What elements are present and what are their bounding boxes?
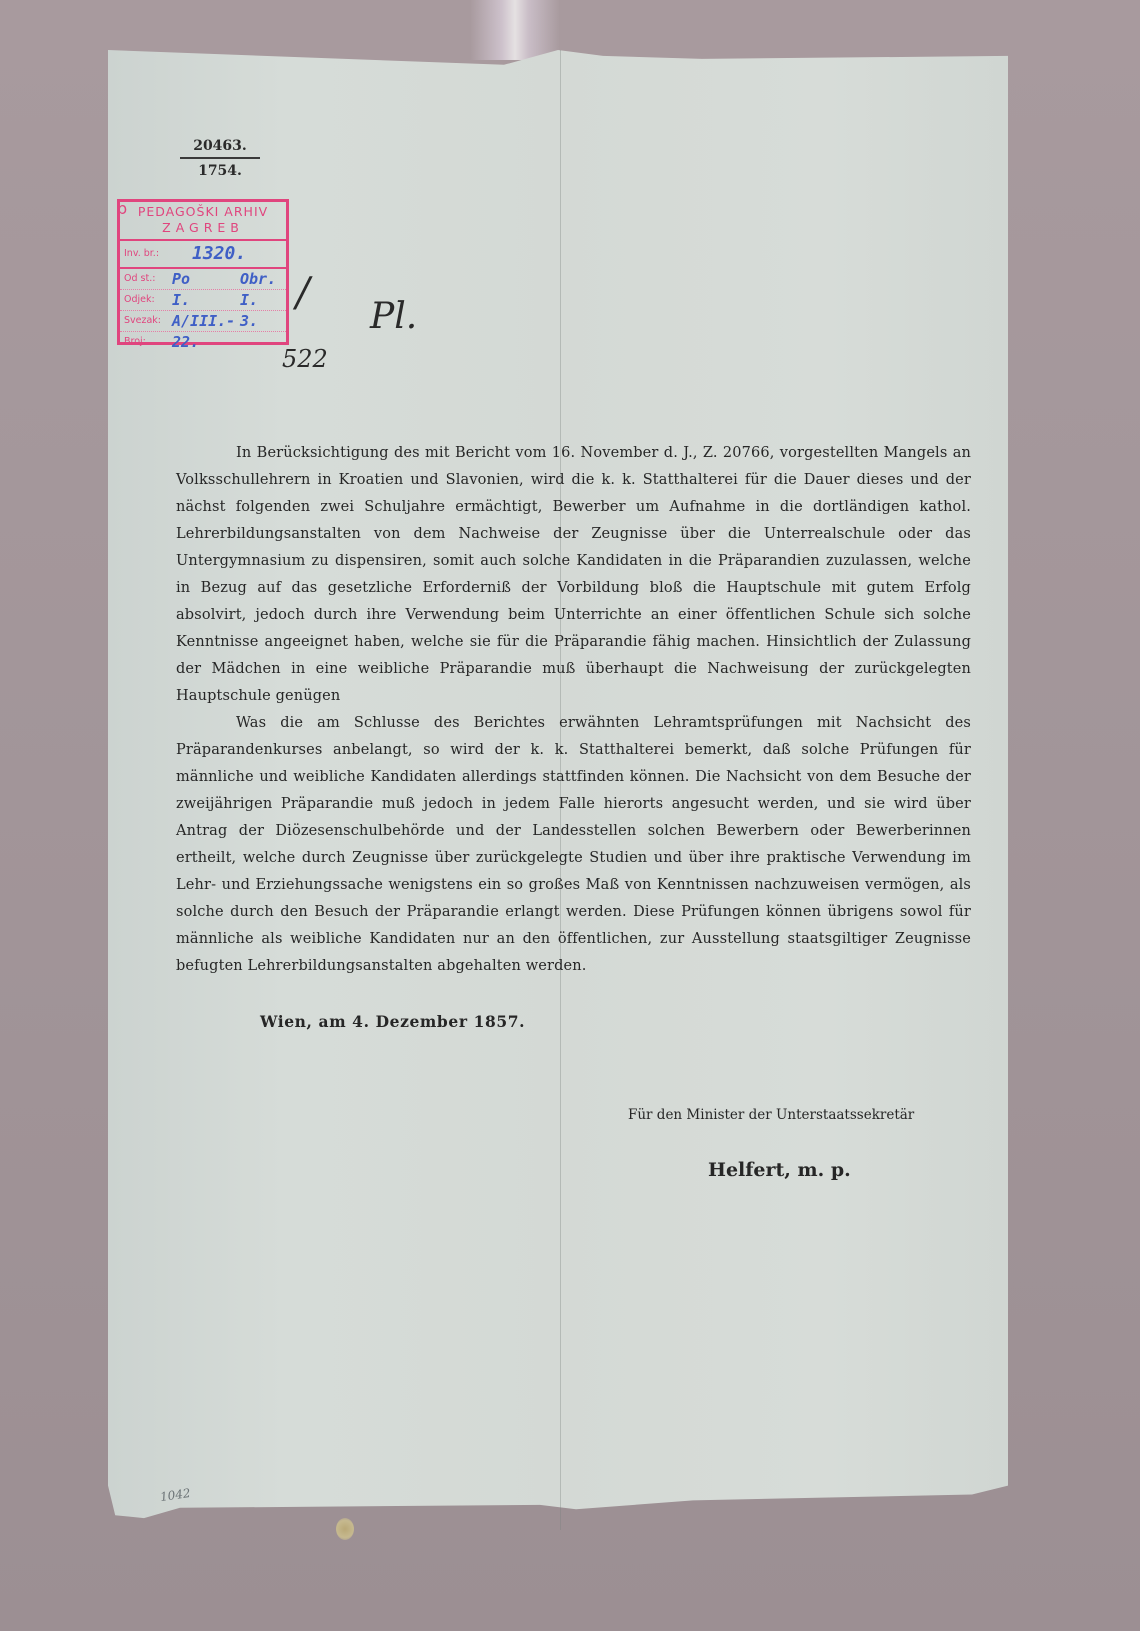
stamp-row-inventory: Inv. br.: 1320. [120,241,286,269]
signature-label: Für den Minister der Unterstaatssekretär [628,1107,914,1123]
body-paragraph-2: Was die am Schlusse des Berichtes erwähn… [176,710,971,980]
file-number: 20463. 1754. [180,138,260,179]
stamp-value: 1320. [192,241,246,267]
stamp-row-broj: Broj: 22. [120,332,286,352]
light-glare [470,0,560,60]
stamp-label: Inv. br.: [124,248,159,259]
stamp-row-odjek: Odjek: I. I. [120,290,286,311]
stamp-row-od: Od st.: Po Obr. [120,269,286,290]
stamp-value: I. [172,290,190,310]
signature-name: Helfert, m. p. [708,1159,851,1181]
handwritten-number: 522 [282,345,328,373]
stamp-label: Odjek: [124,294,155,305]
stamp-value: Po [172,269,190,289]
body-paragraph-1: In Berücksichtigung des mit Bericht vom … [176,440,971,710]
stamp-title-line2: ZAGREB [120,220,286,236]
archive-stamp: PEDAGOŠKI ARHIV ZAGREB Inv. br.: 1320. O… [117,199,289,345]
file-number-denominator: 1754. [180,159,260,179]
stamp-value: A/III.- [172,311,235,331]
stamp-value-b: 3. [240,311,258,331]
handwritten-initials: Pl. [370,296,417,337]
stamp-row-svezak: Svezak: A/III.- 3. [120,311,286,332]
stamp-value-b: I. [240,290,258,310]
stamp-label: Broj: [124,336,146,347]
stamp-value: 22. [172,332,199,352]
paper-stain [336,1518,354,1540]
stamp-title-line1: PEDAGOŠKI ARHIV [120,204,286,220]
file-number-numerator: 20463. [180,138,260,159]
stamp-value-b: Obr. [240,269,276,289]
stamp-label: Svezak: [124,315,161,326]
document-body: In Berücksichtigung des mit Bericht vom … [176,440,971,980]
handwritten-mark: / [296,270,309,316]
stamp-marginal-mark: b [117,199,127,218]
stamp-header: PEDAGOŠKI ARHIV ZAGREB [120,202,286,241]
dateline: Wien, am 4. Dezember 1857. [260,1012,525,1031]
stamp-label: Od st.: [124,273,155,284]
